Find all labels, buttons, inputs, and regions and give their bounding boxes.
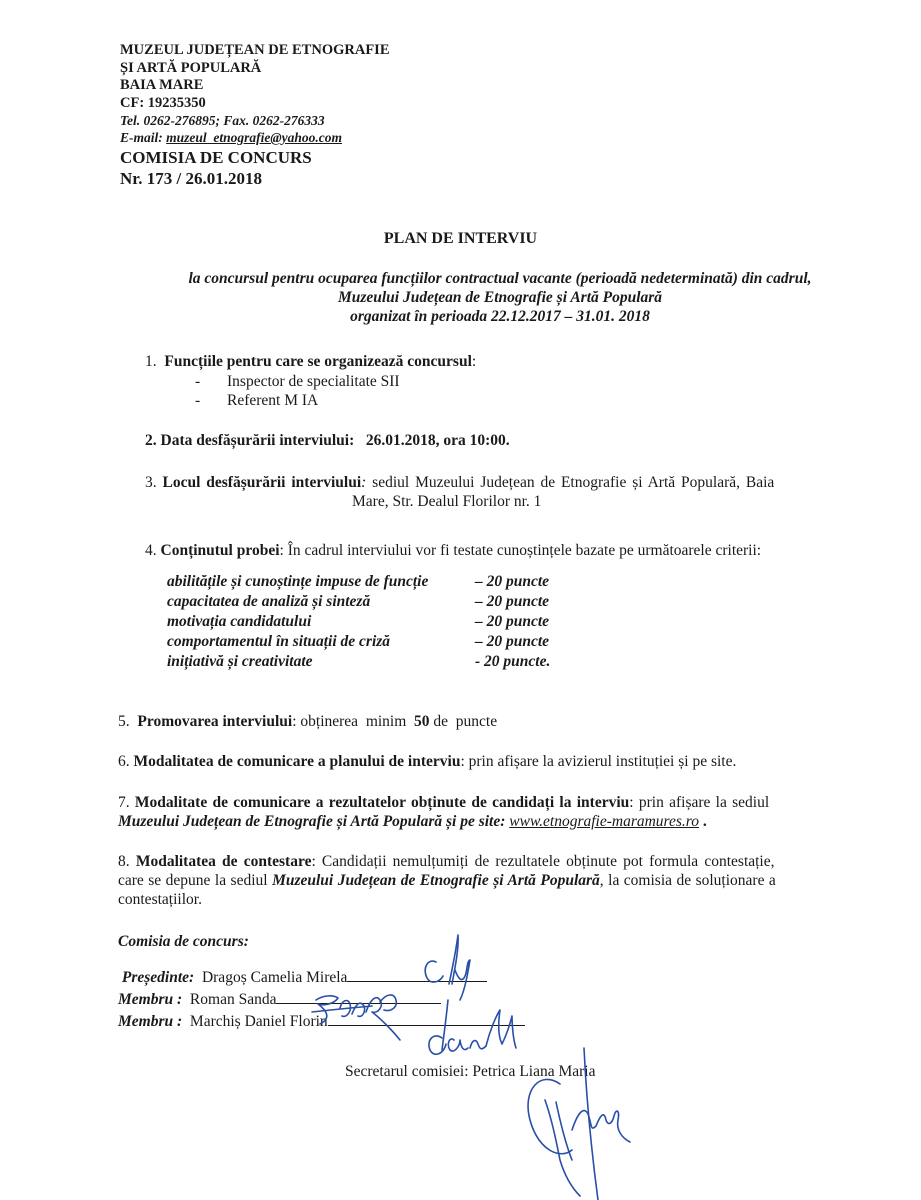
handwritten-signatures — [0, 0, 921, 1200]
document-page: MUZEUL JUDEȚEAN DE ETNOGRAFIE ȘI ARTĂ PO… — [0, 0, 921, 1200]
signature-member1-icon — [312, 995, 400, 1040]
signature-member2-icon — [429, 1000, 516, 1054]
signature-secretary-icon — [528, 1048, 630, 1200]
signature-president-icon — [425, 935, 470, 1000]
